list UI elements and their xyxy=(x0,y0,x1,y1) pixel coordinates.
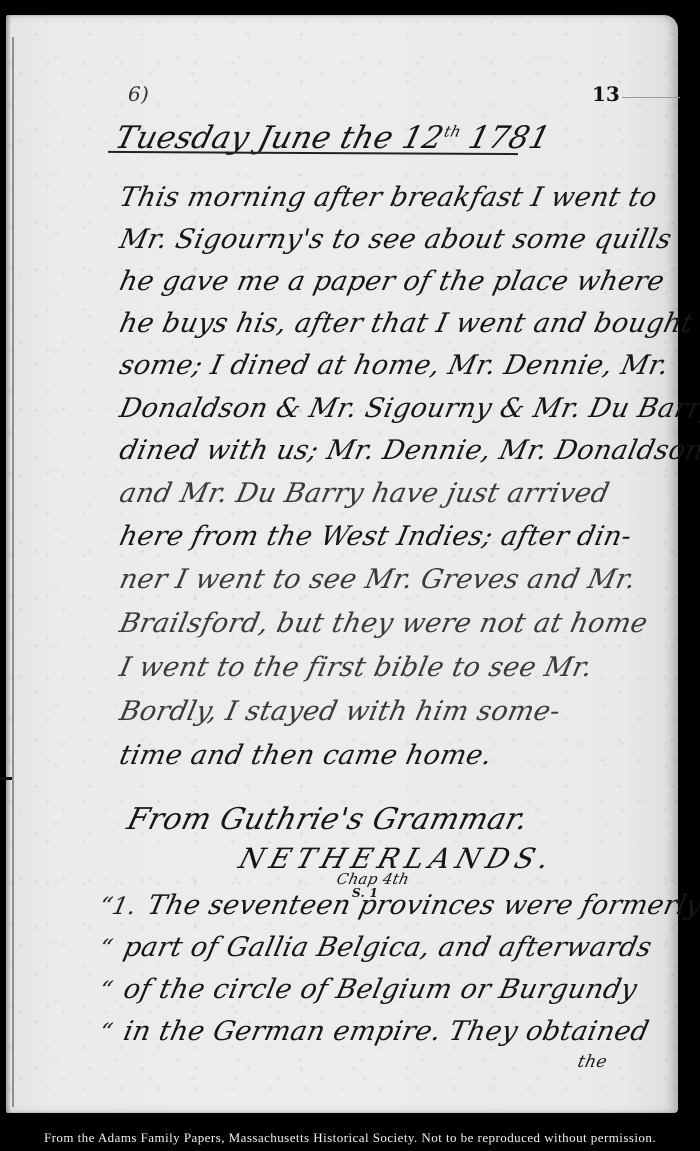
entry-line: This morning after breakfast I went to xyxy=(117,182,660,213)
entry-line: Bordly, I stayed with him some- xyxy=(117,696,563,727)
quote-line: The seventeen provinces were formerly xyxy=(145,890,700,921)
entry-line: here from the West Indies; after din- xyxy=(117,521,635,552)
quote-mark: “1. xyxy=(97,892,139,920)
quote-line: of the circle of Belgium or Burgundy xyxy=(121,974,640,1005)
date-year: 1781 xyxy=(455,120,554,156)
entry-line: Mr. Sigourny's to see about some quills xyxy=(117,224,675,255)
entry-line: some; I dined at home, Mr. Dennie, Mr. xyxy=(117,350,672,381)
entry-line: he buys his, after that I went and bough… xyxy=(117,308,696,339)
catchword: the xyxy=(576,1052,609,1072)
entry-line: Donaldson & Mr. Sigourny & Mr. Du Barry xyxy=(117,393,700,424)
quote-line: part of Gallia Belgica, and afterwards xyxy=(121,932,655,963)
entry-line: I went to the first bible to see Mr. xyxy=(117,652,596,683)
entry-number: 6) xyxy=(128,82,149,106)
margin-ink-mark xyxy=(0,777,12,780)
source-heading: From Guthrie's Grammar. xyxy=(124,802,532,837)
entry-line: ner I went to see Mr. Greves and Mr. xyxy=(117,564,639,595)
entry-line: time and then came home. xyxy=(117,740,495,771)
page-number-rule xyxy=(622,97,680,98)
page-left-edge xyxy=(12,37,14,1107)
quote-line: in the German empire. They obtained xyxy=(121,1016,652,1047)
entry-line: dined with us; Mr. Dennie, Mr. Donaldson xyxy=(117,435,700,466)
page-number: 13 xyxy=(592,82,620,106)
entry-line: he gave me a paper of the place where xyxy=(117,266,668,297)
copyright-footer: From the Adams Family Papers, Massachuse… xyxy=(0,1125,700,1151)
entry-line: Brailsford, but they were not at home xyxy=(117,608,651,639)
entry-line: and Mr. Du Barry have just arrived xyxy=(117,478,613,509)
